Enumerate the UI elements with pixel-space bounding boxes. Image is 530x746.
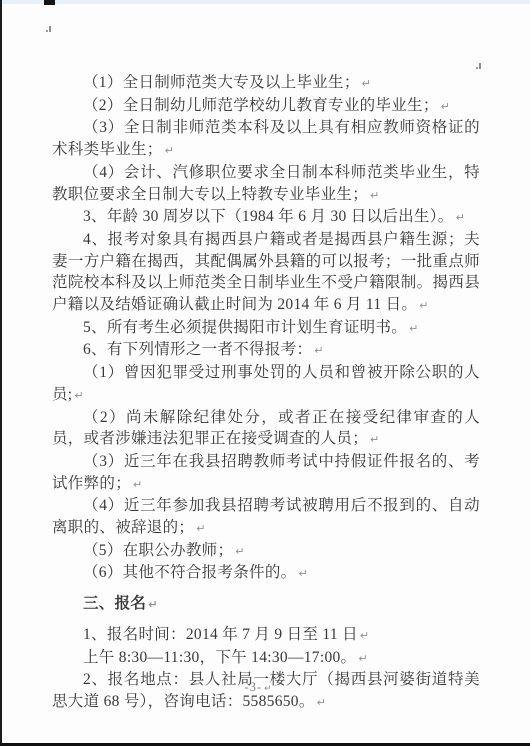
paragraph-mark-icon: ↵ bbox=[439, 100, 450, 113]
paragraph-text: （1）全日制师范类大专及以上毕业生； bbox=[83, 74, 360, 91]
paragraph-text: （4）近三年参加我县招聘考试被聘用后不报到的、自动离职的、被辞退的； bbox=[52, 497, 480, 536]
paragraph-mark-icon: ↵ bbox=[360, 77, 371, 90]
paragraph-mark-icon: ↵ bbox=[312, 344, 323, 357]
paragraph-text: （2）尚未解除纪律处分，或者正在接受纪律审查的人员，或者涉嫌违法犯罪正在接受调查… bbox=[52, 409, 480, 448]
paragraph-mark-icon: ↵ bbox=[368, 189, 379, 202]
paragraph: （5）在职公办教师；↵ bbox=[52, 540, 480, 563]
paragraph: （1）曾因犯罪受过刑事处罚的人员和曾被开除公职的人员;↵ bbox=[52, 362, 480, 406]
paragraph-text: 5、所有考生必须提供揭阳市计划生育证明书。 bbox=[83, 319, 407, 336]
paragraph: （4）近三年参加我县招聘考试被聘用后不报到的、自动离职的、被辞退的；↵ bbox=[52, 495, 480, 539]
paragraph: 上午 8:30—11:30，下午 14:30—17:00。↵ bbox=[52, 647, 480, 670]
document-body: （1）全日制师范类大专及以上毕业生；↵（2）全日制幼儿师范学校幼儿教育专业的毕业… bbox=[52, 72, 480, 714]
paragraph-mark-icon: ↵ bbox=[296, 567, 307, 580]
paragraph-mark-icon: ↵ bbox=[194, 522, 205, 535]
paragraph-text: 6、有下列情形之一者不得报考： bbox=[83, 341, 312, 358]
paragraph-mark-icon: ↵ bbox=[72, 389, 83, 402]
paragraph: 1、报名时间：2014 年 7 月 9 日至 11 日↵ bbox=[52, 624, 480, 647]
paragraph: （3）全日制非师范类本科及以上具有相应教师资格证的术科类毕业生；↵ bbox=[52, 117, 480, 161]
paragraph: （2）尚未解除纪律处分，或者正在接受纪律审查的人员，或者涉嫌违法犯罪正在接受调查… bbox=[52, 407, 480, 451]
paragraph-text: 3、年龄 30 周岁以下（1984 年 6 月 30 日以后出生）。 bbox=[83, 208, 454, 225]
paragraph-text: 三、报名 bbox=[83, 595, 146, 612]
paragraph: （6）其他不符合报考条件的。↵ bbox=[52, 562, 480, 585]
paragraph-mark-icon: ↵ bbox=[146, 598, 157, 611]
paragraph-text: （3）全日制非师范类本科及以上具有相应教师资格证的术科类毕业生； bbox=[52, 119, 480, 158]
paragraph: （2）全日制幼儿师范学校幼儿教育专业的毕业生；↵ bbox=[52, 95, 480, 118]
paragraph-mark-icon: ↵ bbox=[417, 299, 428, 312]
paragraph-text: （3）近三年在我县招聘教师考试中持假证件报名的、考试作弊的； bbox=[52, 453, 480, 492]
paragraph: 6、有下列情形之一者不得报考：↵ bbox=[52, 339, 480, 362]
paragraph-text: （1）曾因犯罪受过刑事处罚的人员和曾被开除公职的人员; bbox=[52, 364, 480, 403]
paragraph: （4）会计、汽修职位要求全日制本科师范类毕业生，特教职位要求全日制大专以上特教专… bbox=[52, 162, 480, 206]
paragraph-text: 4、报考对象具有揭西县户籍或者是揭西县户籍生源；夫妻一方户籍在揭西，其配偶属外县… bbox=[52, 231, 480, 313]
paragraph: 4、报考对象具有揭西县户籍或者是揭西县户籍生源；夫妻一方户籍在揭西，其配偶属外县… bbox=[52, 229, 480, 317]
paragraph-mark-icon: ↵ bbox=[407, 322, 418, 335]
page-number: -3- bbox=[244, 680, 262, 694]
scanned-page: （1）全日制师范类大专及以上毕业生；↵（2）全日制幼儿师范学校幼儿教育专业的毕业… bbox=[0, 0, 530, 746]
smudge-mark bbox=[46, 26, 51, 32]
scan-corner-mark bbox=[44, 0, 55, 5]
scan-top-tint bbox=[2, 0, 530, 4]
paragraph-text: （2）全日制幼儿师范学校幼儿教育专业的毕业生； bbox=[83, 97, 439, 114]
paragraph-mark-icon: ↵ bbox=[356, 652, 367, 665]
smudge-mark bbox=[476, 63, 481, 69]
scan-left-edge bbox=[0, 0, 2, 746]
paragraph-mark-icon: ↵ bbox=[454, 211, 465, 224]
paragraph-text: （4）会计、汽修职位要求全日制本科师范类毕业生，特教职位要求全日制大专以上特教专… bbox=[52, 164, 480, 203]
paragraph: （1）全日制师范类大专及以上毕业生；↵ bbox=[52, 72, 480, 95]
paragraph-text: 上午 8:30—11:30，下午 14:30—17:00。 bbox=[83, 649, 356, 666]
page-footer: -3-↵ bbox=[0, 680, 516, 695]
paragraph: 3、年龄 30 周岁以下（1984 年 6 月 30 日以后出生）。↵ bbox=[52, 206, 480, 229]
paragraph-mark-icon: ↵ bbox=[358, 629, 369, 642]
paragraph: 5、所有考生必须提供揭阳市计划生育证明书。↵ bbox=[52, 317, 480, 340]
paragraph-mark-icon: ↵ bbox=[163, 144, 174, 157]
paragraph: （3）近三年在我县招聘教师考试中持假证件报名的、考试作弊的；↵ bbox=[52, 451, 480, 495]
section-heading: 三、报名↵ bbox=[52, 593, 480, 616]
paragraph-mark-icon: ↵ bbox=[262, 684, 272, 694]
paragraph-text: （6）其他不符合报考条件的。 bbox=[83, 564, 296, 581]
paragraph-mark-icon: ↵ bbox=[233, 545, 244, 558]
paragraph-text: （5）在职公办教师； bbox=[83, 542, 233, 559]
paragraph-mark-icon: ↵ bbox=[368, 433, 379, 446]
paragraph-mark-icon: ↵ bbox=[131, 478, 142, 491]
paragraph-text: 1、报名时间：2014 年 7 月 9 日至 11 日 bbox=[83, 626, 358, 643]
paragraph-mark-icon: ↵ bbox=[315, 696, 326, 709]
